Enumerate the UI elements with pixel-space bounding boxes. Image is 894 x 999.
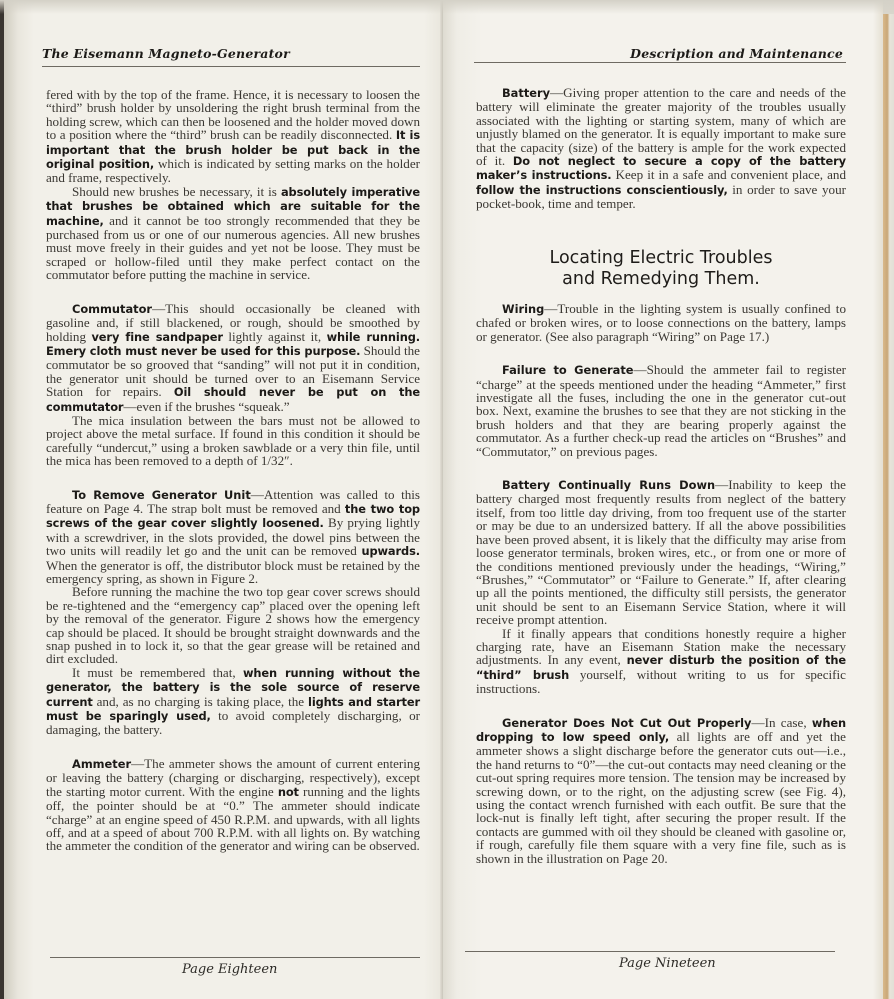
book-spread: The Eisemann Magneto-Generator fered wit…	[0, 0, 894, 999]
paragraph: Should new brushes be necessary, it is a…	[46, 185, 420, 282]
paragraph-heading: Battery Continually Runs Down	[502, 478, 715, 492]
paragraph: Before running the machine the two top g…	[46, 585, 420, 665]
right-footer-rule	[465, 951, 835, 952]
right-page: Description and Maintenance Battery—Givi…	[443, 0, 883, 999]
page-top-shadow	[0, 0, 894, 14]
left-footer-rule	[50, 957, 420, 958]
emphasis: Oil should never be put on the commutato…	[46, 385, 420, 413]
emphasis: lights and starter must be sparingly use…	[46, 695, 420, 723]
paragraph: Battery Continually Runs Down—Inability …	[476, 478, 846, 626]
emphasis: not	[278, 785, 299, 799]
page-edge	[883, 14, 894, 999]
section-title-line-2: and Remedying Them.	[476, 269, 846, 290]
paragraph-heading: Generator Does Not Cut Out Properly	[502, 716, 751, 730]
emphasis: very fine sandpaper	[91, 330, 222, 344]
paragraph: It must be remembered that, when running…	[46, 666, 420, 737]
paragraph-heading: Ammeter	[72, 757, 131, 771]
paragraph-heading: To Remove Generator Unit	[72, 488, 251, 502]
emphasis: the two top screws of the gear cover sli…	[46, 502, 420, 530]
section-title-line-1: Locating Electric Troubles	[476, 248, 846, 269]
paragraph: Generator Does Not Cut Out Properly—In c…	[476, 716, 846, 865]
emphasis: It is important that the brush holder be…	[46, 128, 420, 171]
right-text-column-top: Battery—Giving proper attention to the c…	[476, 86, 846, 211]
paragraph: Wiring—Trouble in the lighting system is…	[476, 302, 846, 343]
emphasis: never disturb the position of the “third…	[476, 653, 846, 681]
right-text-column-bottom: Wiring—Trouble in the lighting system is…	[476, 302, 846, 865]
left-text-column: fered with by the top of the frame. Henc…	[46, 88, 420, 853]
left-header-rule	[42, 66, 420, 67]
emphasis: follow the instructions conscientiously,	[476, 183, 728, 197]
paragraph: Failure to Generate—Should the ammeter f…	[476, 363, 846, 458]
section-title: Locating Electric Troubles and Remedying…	[476, 248, 846, 290]
paragraph: Commutator—This should occasionally be c…	[46, 302, 420, 414]
right-page-number: Page Nineteen	[619, 956, 716, 971]
emphasis: upwards.	[361, 544, 420, 558]
paragraph: Ammeter—The ammeter shows the amount of …	[46, 757, 420, 853]
right-running-head: Description and Maintenance	[630, 46, 843, 61]
paragraph-heading: Commutator	[72, 302, 152, 316]
emphasis: Do not neglect to secure a copy of the b…	[476, 154, 846, 182]
paragraph: If it finally appears that conditions ho…	[476, 627, 846, 696]
paragraph: Battery—Giving proper attention to the c…	[476, 86, 846, 211]
paragraph: To Remove Generator Unit—Attention was c…	[46, 488, 420, 586]
left-page-number: Page Eighteen	[182, 962, 277, 977]
left-page: The Eisemann Magneto-Generator fered wit…	[0, 0, 443, 999]
emphasis: absolutely imperative that brushes be ob…	[46, 185, 420, 228]
paragraph: fered with by the top of the frame. Henc…	[46, 88, 420, 185]
left-running-head: The Eisemann Magneto-Generator	[42, 46, 290, 61]
paragraph-heading: Battery	[502, 86, 550, 100]
paragraph: The mica insulation between the bars mus…	[46, 414, 420, 468]
right-header-rule	[474, 62, 846, 63]
paragraph-heading: Wiring	[502, 302, 544, 316]
paragraph-heading: Failure to Generate	[502, 363, 634, 377]
